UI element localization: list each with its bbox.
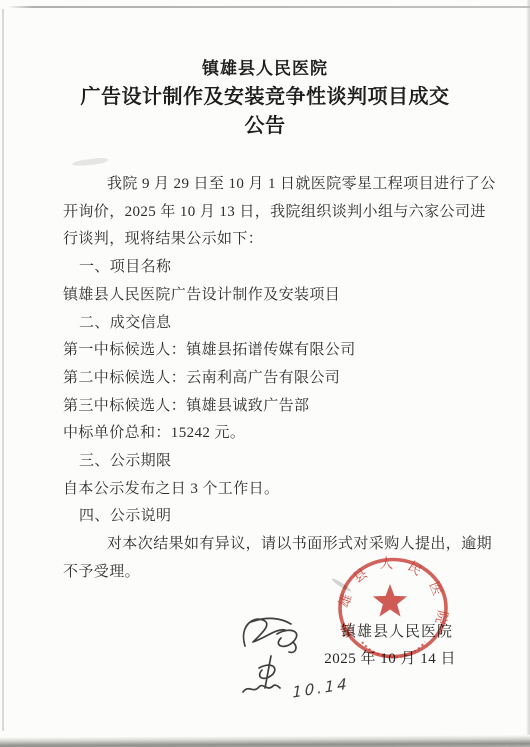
title-project-name: 广告设计制作及安装竞争性谈判项目成交 [0, 83, 530, 112]
section-4-heading: 四、公示说明 [63, 503, 455, 531]
document-body: 我院 9 月 29 日至 10 月 1 日就医院零星工程项目进行了公 开询价，2… [63, 171, 455, 587]
candidate-line-1: 第一中标候选人：镇雄县拓谱传媒有限公司 [63, 337, 455, 365]
scan-edge-top [7, 6, 530, 8]
intro-line: 行谈判，现将结果公示如下： [63, 226, 455, 254]
project-name-line: 镇雄县人民医院广告设计制作及安装项目 [63, 282, 455, 310]
publicity-period-line: 自本公示发布之日 3 个工作日。 [63, 476, 455, 504]
title-hospital-name: 镇雄县人民医院 [0, 54, 530, 83]
seal-star-icon [373, 584, 407, 617]
section-3-heading: 三、公示期限 [63, 448, 455, 476]
candidate-line-3: 第三中标候选人：镇雄县诚致广告部 [63, 393, 455, 421]
document-title: 镇雄县人民医院 广告设计制作及安装竞争性谈判项目成交 公告 [0, 54, 530, 141]
candidate-line-2: 第二中标候选人：云南利高广告有限公司 [63, 365, 455, 393]
scan-smudge [72, 157, 108, 167]
intro-line: 开询价，2025 年 10 月 13 日，我院组织谈判小组与六家公司进 [63, 199, 455, 227]
total-price-line: 中标单价总和：15242 元。 [63, 420, 455, 448]
title-announcement: 公告 [0, 112, 530, 141]
intro-line: 我院 9 月 29 日至 10 月 1 日就医院零星工程项目进行了公 [63, 171, 455, 199]
scan-edge-bottom [0, 735, 530, 747]
section-2-heading: 二、成交信息 [63, 310, 455, 338]
section-1-heading: 一、项目名称 [63, 254, 455, 282]
scanned-document-page: 镇雄县人民医院 广告设计制作及安装竞争性谈判项目成交 公告 我院 9 月 29 … [0, 0, 530, 747]
